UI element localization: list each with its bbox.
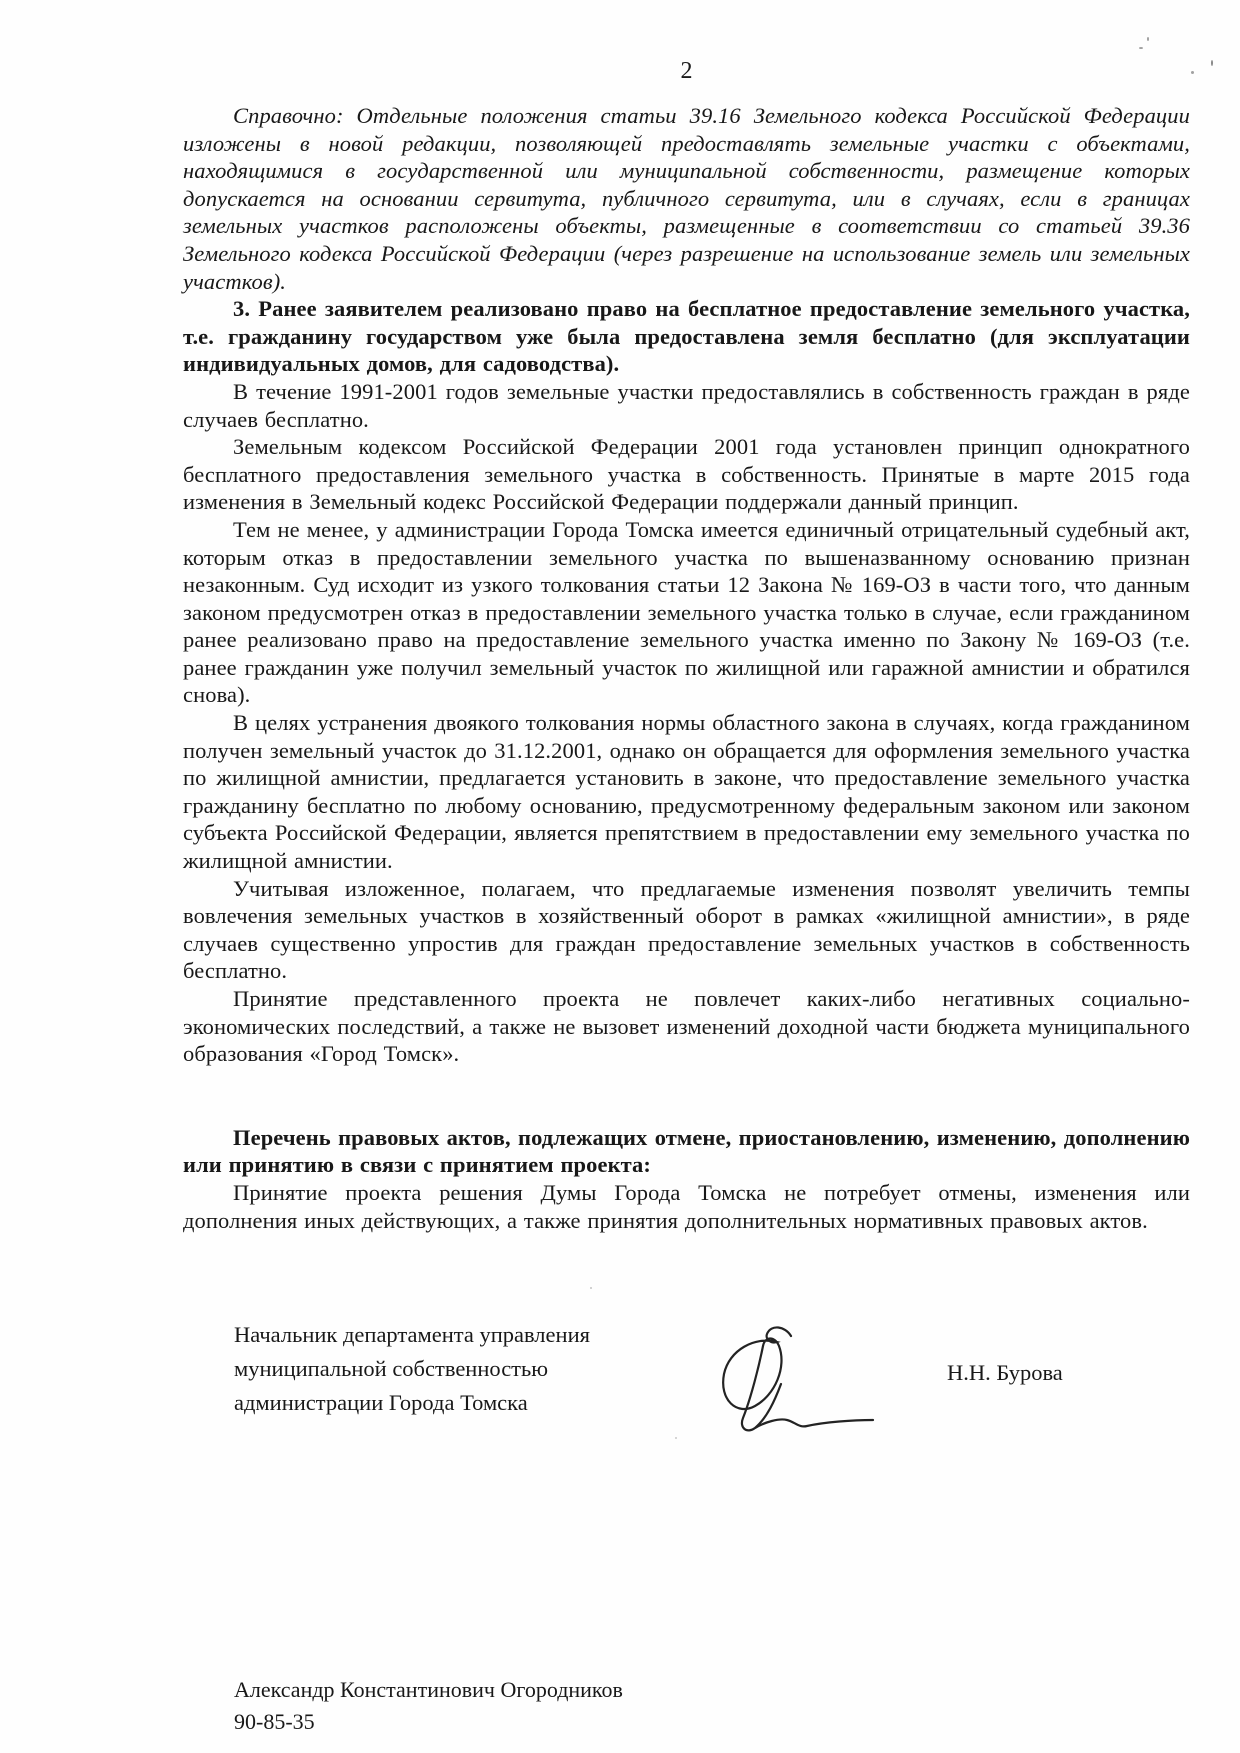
scan-artifact (590, 1287, 592, 1289)
signatory-title-line: муниципальной собственностью (234, 1352, 590, 1386)
scan-artifact (675, 1437, 677, 1439)
paragraph: Учитывая изложенное, полагаем, что предл… (183, 875, 1190, 985)
signatory-title-line: администрации Города Томска (234, 1386, 590, 1420)
scan-artifact (1211, 60, 1213, 66)
signatory-title-line: Начальник департамента управления (234, 1318, 590, 1352)
paragraph: В течение 1991-2001 годов земельные учас… (183, 378, 1190, 433)
paragraph-item-3: 3. Ранее заявителем реализовано право на… (183, 295, 1190, 378)
paragraph-acts-list-heading: Перечень правовых актов, подлежащих отме… (183, 1124, 1190, 1179)
page-number: 2 (183, 58, 1190, 85)
executor-footer: Александр Константинович Огородников 90-… (234, 1674, 623, 1738)
paragraph: Тем не менее, у администрации Города Том… (183, 516, 1190, 709)
document-page: 2 Справочно: Отдельные положения статьи … (0, 0, 1240, 1753)
executor-phone: 90-85-35 (234, 1706, 623, 1738)
handwritten-signature (695, 1322, 885, 1457)
scan-artifact (1147, 37, 1149, 41)
paragraph: Земельным кодексом Российской Федерации … (183, 433, 1190, 516)
document-body: Справочно: Отдельные положения статьи 39… (183, 102, 1190, 1234)
scan-artifact (1139, 47, 1143, 49)
scan-artifact (1191, 71, 1194, 74)
executor-name: Александр Константинович Огородников (234, 1674, 623, 1706)
paragraph: Принятие представленного проекта не повл… (183, 985, 1190, 1068)
signatory-title-block: Начальник департамента управления муници… (234, 1318, 590, 1420)
signer-name: Н.Н. Бурова (947, 1360, 1063, 1386)
paragraph: Принятие проекта решения Думы Города Том… (183, 1179, 1190, 1234)
paragraph-reference-note: Справочно: Отдельные положения статьи 39… (183, 102, 1190, 295)
paragraph: В целях устранения двоякого толкования н… (183, 709, 1190, 875)
